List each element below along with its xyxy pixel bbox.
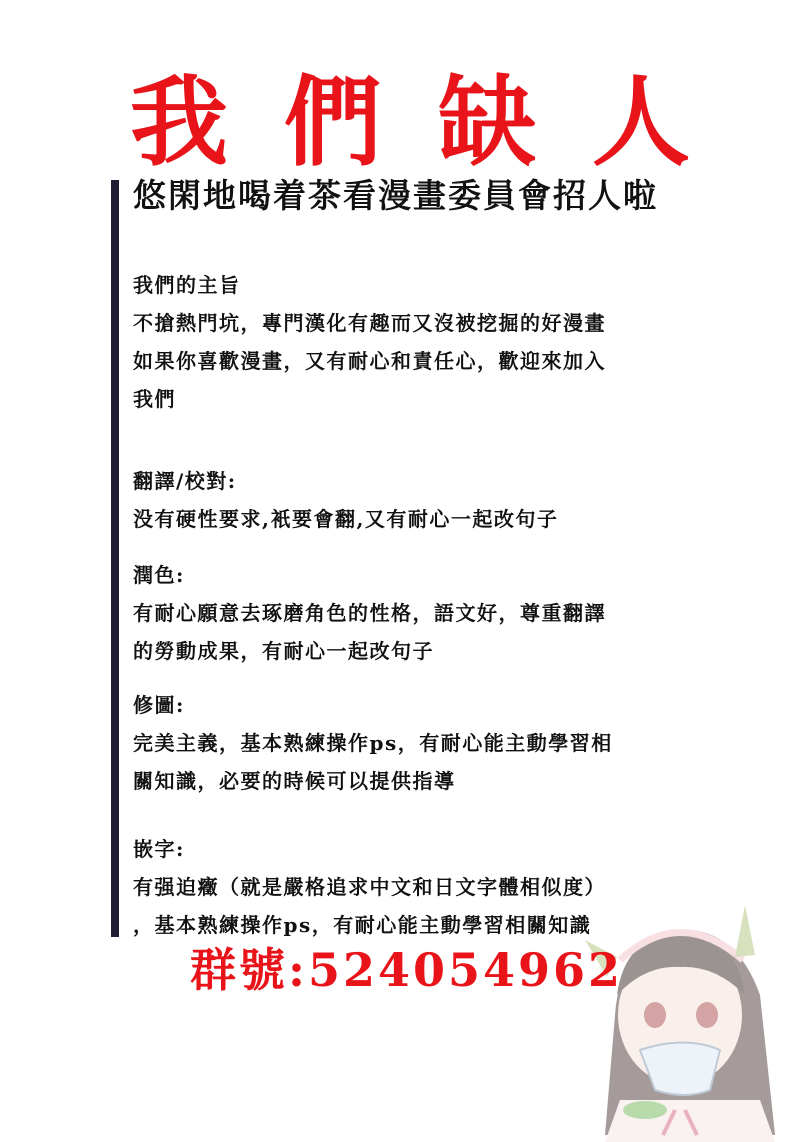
section-title: 翻譯/校對: — [133, 462, 558, 500]
section-line: 的勞動成果，有耐心一起改句子 — [133, 632, 606, 670]
section-translation: 翻譯/校對: 没有硬性要求,衹要會翻,又有耐心一起改句子 — [133, 462, 558, 538]
section-title: 修圖: — [133, 686, 613, 724]
section-title: 我們的主旨 — [133, 266, 606, 304]
section-line: 如果你喜歡漫畫，又有耐心和責任心，歡迎來加入 — [133, 342, 606, 380]
section-line: 我們 — [133, 380, 606, 418]
headline-char: 們 — [284, 74, 382, 172]
headline-char: 我 — [130, 74, 228, 172]
section-line: 完美主義，基本熟練操作ps，有耐心能主動學習相 — [133, 724, 613, 762]
section-line: ，基本熟練操作ps，有耐心能主動學習相關知識 — [133, 906, 606, 944]
section-line: 關知識，必要的時候可以提供指導 — [133, 762, 613, 800]
section-typesetting: 嵌字: 有强迫癥（就是嚴格追求中文和日文字體相似度） ，基本熟練操作ps，有耐心… — [133, 830, 606, 944]
section-line: 不搶熱門坑，專門漢化有趣而又沒被挖掘的好漫畫 — [133, 304, 606, 342]
section-line: 有耐心願意去琢磨角色的性格，語文好，尊重翻譯 — [133, 594, 606, 632]
subtitle: 悠閑地喝着茶看漫畫委員會招人啦 — [133, 176, 658, 216]
contact-label: 群號: — [190, 943, 308, 997]
section-line: 没有硬性要求,衹要會翻,又有耐心一起改句子 — [133, 500, 558, 538]
mascot-illustration — [545, 885, 807, 1142]
section-mission: 我們的主旨 不搶熱門坑，專門漢化有趣而又沒被挖掘的好漫畫 如果你喜歡漫畫，又有耐… — [133, 266, 606, 418]
headline-char: 缺 — [438, 74, 536, 172]
contact-group-number: 群號:524054962 — [190, 940, 623, 1000]
section-cleaning: 修圖: 完美主義，基本熟練操作ps，有耐心能主動學習相 關知識，必要的時候可以提… — [133, 686, 613, 800]
section-title: 潤色: — [133, 556, 606, 594]
headline: 我 們 缺 人 — [130, 68, 690, 178]
section-title: 嵌字: — [133, 830, 606, 868]
section-line: 有强迫癥（就是嚴格追求中文和日文字體相似度） — [133, 868, 606, 906]
contact-number: 524054962 — [308, 943, 623, 997]
accent-bar — [111, 180, 119, 937]
section-polish: 潤色: 有耐心願意去琢磨角色的性格，語文好，尊重翻譯 的勞動成果，有耐心一起改句… — [133, 556, 606, 670]
headline-char: 人 — [592, 74, 690, 172]
